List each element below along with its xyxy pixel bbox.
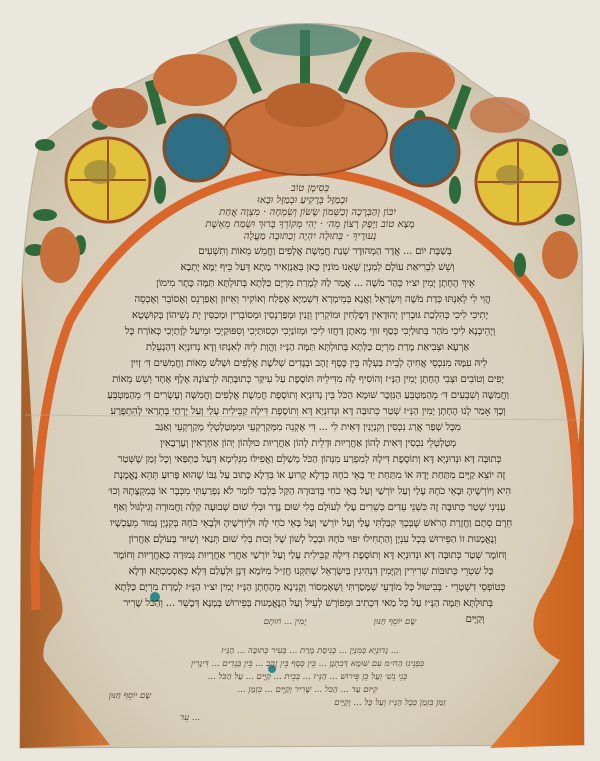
text-line: אַרְעָא וּצְבִיאַת מָרַת מִרְיָם כַּלְּת… bbox=[45, 342, 570, 353]
text-line: כְּטוֹפְסֵי דִשְׁטָרֵי · בְּבִיטּוּל כָּ… bbox=[65, 582, 555, 593]
text-line: וְחוֹמֶר שְׁטַר כְּתוּבָּה דָּא וּנְדוּנ… bbox=[55, 550, 565, 561]
text-line: הֲוִי לִי לְאִנְתּוּ כְּדַת מֹשֶׁה וְיִש… bbox=[65, 294, 560, 305]
text-line: מְטַלְטְלֵי נִכְסִין דְּאִית לְהוֹן אַחֲ… bbox=[42, 438, 574, 449]
addendum-line: זְמַן בִּזְמַן כְּכָל הַנְּ״ז וְעַל כָּל… bbox=[290, 697, 490, 708]
signature: יָמִין ... חוּתָם bbox=[230, 616, 340, 627]
text-line: וְנֶאֱמָנוּת זוֹ הַפֵּירוּשׁ בְּכָל עִנְ… bbox=[50, 534, 575, 545]
text-line: כָּל שִׁטְרֵי כְּתוּבּוֹת שְׁרִירִין וְק… bbox=[62, 566, 560, 577]
yellow-flower-left bbox=[66, 138, 150, 222]
blessing-line: נְעוּרֶיךָ · בְּתוּלָה יִהְיֶה וְכַתּוּב… bbox=[205, 231, 415, 242]
text-line: וְיָהֵיבְנָא לִיכִי מֹהַר בְּתוּלַיְכִי … bbox=[50, 326, 570, 337]
addendum-line: בִּפְנֵינוּ הַח״מ עִם שׁוּמָא דְּבִתְנָן… bbox=[70, 658, 545, 669]
addendum-line: ... נְדוּנְיָא בְּמִנְיַן ... כְּנִיסַת … bbox=[80, 645, 540, 656]
text-line: יָפִים וְטוֹבִים וּצְבִי הֶחָתָן יָמִין … bbox=[42, 374, 574, 385]
text-line: וְכָךְ אָמַר לָנוּ הֶחָתָן יָמִין הַנְּ״… bbox=[42, 406, 574, 417]
blessing-line: וּבְמַזָּל בְּרָקִיעַ וּבְמַזָּל וּבָאוּ bbox=[220, 195, 385, 206]
text-line: בְּתוּלְתָּא תַּמָּה הַנְּ״ז עַל כָּל מַ… bbox=[68, 598, 548, 609]
signature: שָׂם יוֹסֵף חַנּוּן bbox=[85, 690, 175, 701]
ketubah-photograph: בְּסִימָן טוֹב וּבְמַזָּל בְּרָקִיעַ וּב… bbox=[0, 0, 600, 761]
blessing-line: יִבּוֹן וְהַבְּרָכָה וְכַשְּׁמוֹן שָׂשׂו… bbox=[195, 207, 420, 218]
yellow-flower-right bbox=[476, 140, 560, 224]
text-line: זֶה יוֹצֵא קַיָּים מִתַּחַת יָדָהּ אוֹ מ… bbox=[42, 470, 577, 481]
addendum-line: כְּנֵי נֵשׁ׳ וְעַל כֵּן פֵּירוּשׁ ... הַ… bbox=[70, 671, 545, 682]
text-line: הִיא וְיוֹרְשֶׁיהָ וּבָאֵי כֹחָהּ עָלַי … bbox=[42, 486, 577, 497]
text-line: וַחֲמִשָּׁה וְשִׁבְעִים דִּ׳ מֵהַמַּטְבֵ… bbox=[42, 390, 574, 401]
text-line: בְּשַׁבָּת יוֹם ... אֲדָר הַמְהוּדָר שְׁ… bbox=[120, 246, 530, 257]
blessing-line: מָצָא טוֹב וַיָּפֶק רָצוֹן מֵה׳ · יְהִי … bbox=[165, 219, 455, 230]
signature: ... עֵד bbox=[170, 712, 210, 723]
text-line: חֵרֶם סְתָם וַחֲזָרַת הָרֹאשׁ שֶׁבְּכָךְ… bbox=[45, 518, 577, 529]
text-line: וְשֵׁשׁ לִבְרִיאַת עוֹלָם לְמִנְיַן שֶׁא… bbox=[100, 262, 535, 273]
text-line: יָתִיכִי לִיכִי כְּהִלְכַת גּוּבְרִין יְ… bbox=[55, 310, 565, 321]
text-line: אֵיךְ הֶחָתָן יָמִין יִצ״ו כְּהַר מֹשֶׁה… bbox=[78, 278, 553, 289]
text-line: לֵיהּ עִמָּהּ מִנִּכְסֵי אֲחִיהָ לְבֵית … bbox=[45, 358, 573, 369]
signature: שָׂם יוֹסֵף חַנּוּן bbox=[350, 616, 440, 627]
blessing-line: בְּסִימָן טוֹב bbox=[250, 183, 370, 194]
text-line: כְּתוּבָּה דָּא וּנְדוּנְיָא דָּא וְתוֹס… bbox=[42, 454, 577, 465]
text-line: מִכָּל שְׁפַר אֲרַג נִכְסִין וְקִנְיָנִי… bbox=[42, 422, 574, 433]
text-line: עָנִינִי שְׁטַר כְּתוּבָּה זֶה כִּשְׁנֵי… bbox=[42, 502, 577, 513]
